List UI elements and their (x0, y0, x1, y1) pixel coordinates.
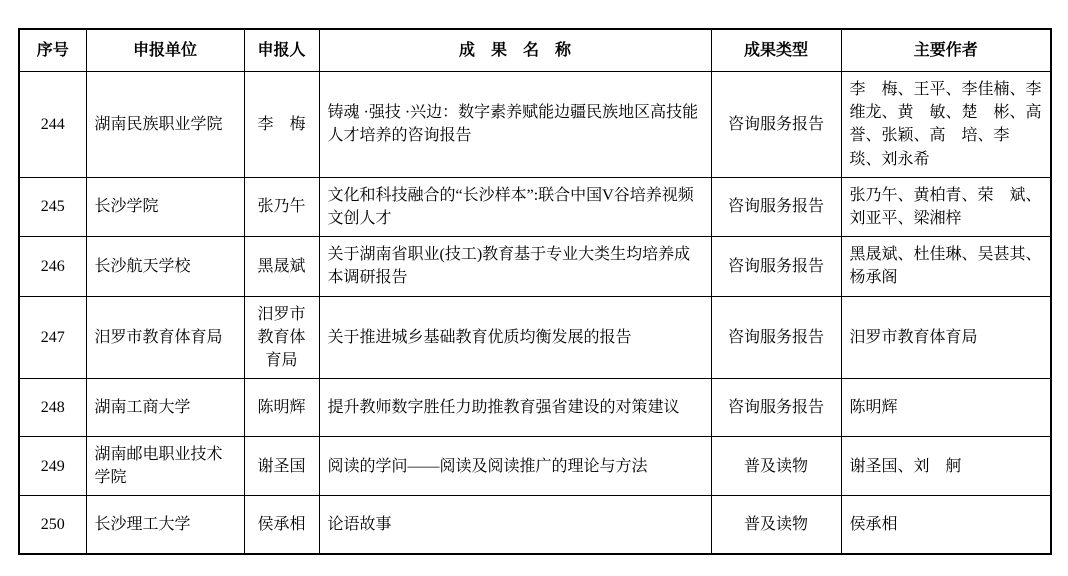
declaring-unit-cell: 长沙学院 (86, 177, 244, 236)
achievement-name-cell: 阅读的学问——阅读及阅读推广的理论与方法 (319, 437, 711, 496)
column-header-main-authors: 主要作者 (841, 29, 1051, 72)
achievement-name-cell: 论语故事 (319, 496, 711, 555)
applicant-cell: 汨罗市教育体育局 (244, 296, 319, 379)
applicant-cell: 谢圣国 (244, 437, 319, 496)
table-row: 245 长沙学院 张乃午 文化和科技融合的“长沙样本”:联合中国V谷培养视频文创… (19, 177, 1051, 236)
column-header-achievement-name: 成 果 名 称 (319, 29, 711, 72)
results-table-container: 序号 申报单位 申报人 成 果 名 称 成果类型 主要作者 244 湖南民族职业… (18, 28, 1050, 555)
table-body: 244 湖南民族职业学院 李 梅 铸魂 ·强技 ·兴边：数字素养赋能边疆民族地区… (19, 72, 1051, 555)
main-authors-cell: 张乃午、黄柏青、荣 斌、刘亚平、梁湘梓 (841, 177, 1051, 236)
achievement-type-cell: 咨询服务报告 (711, 177, 841, 236)
achievement-type-cell: 咨询服务报告 (711, 296, 841, 379)
column-header-achievement-type: 成果类型 (711, 29, 841, 72)
serial-number-cell: 249 (19, 437, 86, 496)
serial-number-cell: 247 (19, 296, 86, 379)
achievement-name-cell: 铸魂 ·强技 ·兴边：数字素养赋能边疆民族地区高技能人才培养的咨询报告 (319, 72, 711, 178)
applicant-cell: 李 梅 (244, 72, 319, 178)
table-header-row: 序号 申报单位 申报人 成 果 名 称 成果类型 主要作者 (19, 29, 1051, 72)
table-row: 246 长沙航天学校 黑晟斌 关于湖南省职业(技工)教育基于专业大类生均培养成本… (19, 237, 1051, 296)
achievement-type-cell: 咨询服务报告 (711, 237, 841, 296)
serial-number-cell: 250 (19, 496, 86, 555)
declaring-unit-cell: 长沙理工大学 (86, 496, 244, 555)
applicant-cell: 黑晟斌 (244, 237, 319, 296)
column-header-applicant: 申报人 (244, 29, 319, 72)
serial-number-cell: 248 (19, 379, 86, 437)
achievement-name-cell: 关于推进城乡基础教育优质均衡发展的报告 (319, 296, 711, 379)
document-page: 序号 申报单位 申报人 成 果 名 称 成果类型 主要作者 244 湖南民族职业… (0, 0, 1068, 576)
achievement-type-cell: 普及读物 (711, 437, 841, 496)
column-header-serial-number: 序号 (19, 29, 86, 72)
declaring-unit-cell: 湖南工商大学 (86, 379, 244, 437)
serial-number-cell: 246 (19, 237, 86, 296)
achievement-name-cell: 文化和科技融合的“长沙样本”:联合中国V谷培养视频文创人才 (319, 177, 711, 236)
declaring-unit-cell: 湖南民族职业学院 (86, 72, 244, 178)
column-header-declaring-unit: 申报单位 (86, 29, 244, 72)
declaring-unit-cell: 汨罗市教育体育局 (86, 296, 244, 379)
main-authors-cell: 黑晟斌、杜佳琳、吴甚其、杨承阁 (841, 237, 1051, 296)
achievement-name-cell: 关于湖南省职业(技工)教育基于专业大类生均培养成本调研报告 (319, 237, 711, 296)
serial-number-cell: 245 (19, 177, 86, 236)
achievement-type-cell: 咨询服务报告 (711, 72, 841, 178)
achievement-type-cell: 普及读物 (711, 496, 841, 555)
table-row: 249 湖南邮电职业技术学院 谢圣国 阅读的学问——阅读及阅读推广的理论与方法 … (19, 437, 1051, 496)
main-authors-cell: 谢圣国、刘 舸 (841, 437, 1051, 496)
main-authors-cell: 汨罗市教育体育局 (841, 296, 1051, 379)
declaring-unit-cell: 长沙航天学校 (86, 237, 244, 296)
applicant-cell: 侯承相 (244, 496, 319, 555)
declaring-unit-cell: 湖南邮电职业技术学院 (86, 437, 244, 496)
table-row: 248 湖南工商大学 陈明辉 提升教师数字胜任力助推教育强省建设的对策建议 咨询… (19, 379, 1051, 437)
table-row: 244 湖南民族职业学院 李 梅 铸魂 ·强技 ·兴边：数字素养赋能边疆民族地区… (19, 72, 1051, 178)
main-authors-cell: 李 梅、王平、李佳楠、李维龙、黄 敏、楚 彬、高誉、张颖、高 培、李 琰、刘永希 (841, 72, 1051, 178)
table-row: 247 汨罗市教育体育局 汨罗市教育体育局 关于推进城乡基础教育优质均衡发展的报… (19, 296, 1051, 379)
applicant-cell: 陈明辉 (244, 379, 319, 437)
achievement-name-cell: 提升教师数字胜任力助推教育强省建设的对策建议 (319, 379, 711, 437)
applicant-cell: 张乃午 (244, 177, 319, 236)
main-authors-cell: 陈明辉 (841, 379, 1051, 437)
main-authors-cell: 侯承相 (841, 496, 1051, 555)
results-table: 序号 申报单位 申报人 成 果 名 称 成果类型 主要作者 244 湖南民族职业… (18, 28, 1052, 555)
table-row: 250 长沙理工大学 侯承相 论语故事 普及读物 侯承相 (19, 496, 1051, 555)
achievement-type-cell: 咨询服务报告 (711, 379, 841, 437)
serial-number-cell: 244 (19, 72, 86, 178)
